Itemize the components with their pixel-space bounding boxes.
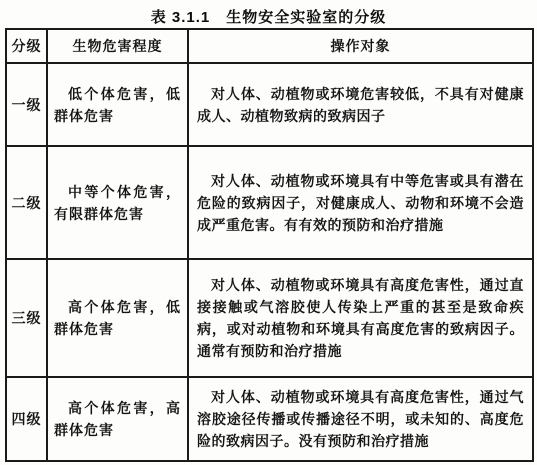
table-caption: 表 3.1.1 生物安全实验室的分级 [0,0,537,28]
table-row-level4: 四级 高个体危害，高群体危害 对人体、动植物或环境具有高度危害性，通过气溶胶途径… [6,377,533,461]
target-cell: 对人体、动植物或环境危害较低，不具有对健康成人、动植物致病的致病因子 [188,63,533,146]
hazard-cell: 低个体危害，低群体危害 [47,63,188,146]
hazard-cell: 高个体危害，低群体危害 [47,259,188,377]
header-target: 操作对象 [188,29,533,63]
target-cell: 对人体、动植物或环境具有高度危害性，通过直接接触或气溶胶使人传染上严重的甚至是致… [188,259,533,377]
hazard-text: 中等个体危害，有限群体危害 [49,181,186,225]
table-header-row: 分级 生物危害程度 操作对象 [6,29,533,63]
table-row-level1: 一级 低个体危害，低群体危害 对人体、动植物或环境危害较低，不具有对健康成人、动… [6,63,533,146]
header-level: 分级 [6,29,47,63]
target-text: 对人体、动植物或环境危害较低，不具有对健康成人、动植物致病的致病因子 [190,83,531,127]
hazard-text: 高个体危害，低群体危害 [49,296,186,340]
hazard-text: 低个体危害，低群体危害 [49,83,186,127]
target-cell: 对人体、动植物或环境具有中等危害或具有潜在危险的致病因子，对健康成人、动物和环境… [188,146,533,259]
level-cell: 二级 [6,146,47,259]
table-row-level2: 二级 中等个体危害，有限群体危害 对人体、动植物或环境具有中等危害或具有潜在危险… [6,146,533,259]
target-text: 对人体、动植物或环境具有高度危害性，通过直接接触或气溶胶使人传染上严重的甚至是致… [190,274,531,362]
hazard-text: 高个体危害，高群体危害 [49,397,186,441]
level-cell: 四级 [6,377,47,461]
target-text: 对人体、动植物或环境具有高度危害性，通过气溶胶途径传播或传播途径不明，或未知的、… [190,386,531,452]
target-cell: 对人体、动植物或环境具有高度危害性，通过气溶胶途径传播或传播途径不明，或未知的、… [188,377,533,461]
hazard-cell: 中等个体危害，有限群体危害 [47,146,188,259]
table-row-level3: 三级 高个体危害，低群体危害 对人体、动植物或环境具有高度危害性，通过直接接触或… [6,259,533,377]
level-cell: 三级 [6,259,47,377]
biosafety-classification-table: 分级 生物危害程度 操作对象 一级 低个体危害，低群体危害 对人体、动植物或环境… [5,28,534,462]
target-text: 对人体、动植物或环境具有中等危害或具有潜在危险的致病因子，对健康成人、动物和环境… [190,170,531,236]
header-hazard: 生物危害程度 [47,29,188,63]
level-cell: 一级 [6,63,47,146]
document-page: 表 3.1.1 生物安全实验室的分级 分级 生物危害程度 操作对象 一级 低个体… [0,0,537,465]
hazard-cell: 高个体危害，高群体危害 [47,377,188,461]
